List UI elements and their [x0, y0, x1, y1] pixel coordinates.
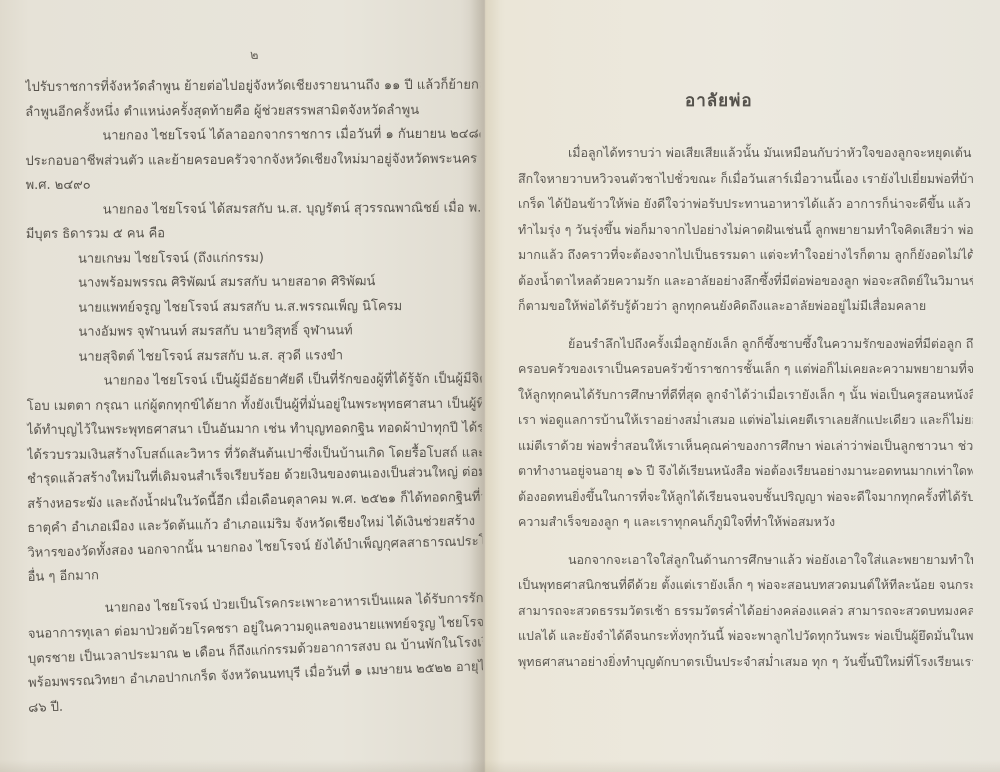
chapter-title: อาลัยพ่อ [685, 87, 753, 114]
text-line: เป็นพุทธศาสนิกชนที่ดีด้วย ตั้งแต่เรายังเ… [518, 572, 973, 598]
page-bottom-shadow [0, 760, 1000, 772]
page-number: ๒ [250, 44, 259, 65]
text-line: ประกอบอาชีพส่วนตัว และย้ายครอบครัวจากจัง… [25, 147, 480, 174]
paragraph-merit: นายกอง ไชยโรจน์ เป็นผู้มีอัธยาศัยดี เป็น… [27, 368, 483, 591]
paragraph-resignation: นายกอง ไชยโรจน์ ได้ลาออกจากราชการ เมื่อว… [25, 123, 480, 199]
text-line: ความสำเร็จของลูก ๆ และเราทุกคนก็ภูมิใจที… [518, 509, 973, 535]
text-line: พ.ศ. ๒๔๙๐ [26, 172, 481, 199]
text-line: ต้องอดทนยิ่งขึ้นในการที่จะให้ลูกได้เรียน… [518, 484, 973, 510]
child-entry: นายสุจิตต์ ไชยโรจน์ สมรสกับ น.ส. สุวดี แ… [26, 343, 481, 370]
left-page-body: ไปรับราชการที่จังหวัดลำพูน ย้ายต่อไปอยู่… [25, 74, 483, 721]
child-entry: นางอัมพร จุฬานนท์ สมรสกับ นายวิสุทธิ์ จุ… [26, 319, 481, 346]
text-line: แปลได้ และยังจำได้ดีจนกระทั่งทุกวันนี้ พ… [518, 623, 973, 649]
right-page-body: เมื่อลูกได้ทราบว่า พ่อเสียเสียแล้วนั้น ม… [518, 140, 973, 674]
text-line: ก็ตามขอให้พ่อได้รับรู้ด้วยว่า ลูกทุกคนยั… [518, 293, 973, 319]
text-line: นายกอง ไชยโรจน์ ได้สมรสกับ น.ส. บุญรัตน์… [26, 196, 481, 223]
text-line: เกร็ด ได้ป้อนข้าวให้พ่อ ยังดีใจว่าพ่อรับ… [518, 191, 973, 217]
text-line: ลำพูนอีกครั้งหนึ่ง ตำแหน่งครั้งสุดท้ายคื… [25, 98, 480, 125]
text-line: โอบ เมตตา กรุณา แก่ผู้ตกทุกข์ได้ยาก ทั้ง… [27, 392, 482, 419]
paragraph-illness-death: นายกอง ไชยโรจน์ ป่วยเป็นโรคกระเพาะอาหารเ… [28, 596, 484, 721]
text-line: ให้ลูกทุกคนได้รับการศึกษาที่ดีที่สุด ลูก… [518, 382, 973, 408]
text-line: ย้อนรำลึกไปถึงครั้งเมื่อลูกยังเล็ก ลูกก็… [518, 331, 973, 357]
text-line: แม่ตีเราด้วย พ่อพร่ำสอนให้เราเห็นคุณค่าข… [518, 433, 973, 459]
children-list: นายเกษม ไชยโรจน์ (ถึงแก่กรรม) นางพร้อมพร… [26, 245, 482, 370]
child-entry: นายเกษม ไชยโรจน์ (ถึงแก่กรรม) [26, 245, 481, 272]
text-line: ได้ทำบุญไว้ในพระพุทธศาสนา เป็นอันมาก เช่… [27, 417, 482, 444]
paragraph-career-end: ไปรับราชการที่จังหวัดลำพูน ย้ายต่อไปอยู่… [25, 74, 480, 125]
text-line: ต้องน้ำตาไหลด้วยความรัก และอาลัยอย่างลึก… [518, 268, 973, 294]
paragraph-religion: นอกจากจะเอาใจใส่ลูกในด้านการศึกษาแล้ว พ่… [518, 547, 973, 675]
text-line: สึกใจหายวาบหวิวจนตัวชาไปชั่วขณะ ก็เมื่อว… [518, 166, 973, 192]
text-line: ไปรับราชการที่จังหวัดลำพูน ย้ายต่อไปอยู่… [25, 74, 480, 101]
paragraph-childhood: ย้อนรำลึกไปถึงครั้งเมื่อลูกยังเล็ก ลูกก็… [518, 331, 973, 535]
paragraph-grief: เมื่อลูกได้ทราบว่า พ่อเสียเสียแล้วนั้น ม… [518, 140, 973, 319]
text-line: มีบุตร ธิดารวม ๕ คน คือ [26, 221, 481, 248]
text-line: ทำไมรุ่ง ๆ วันรุ่งขึ้น พ่อก็มาจากไปอย่าง… [518, 217, 973, 243]
left-page: ๒ ไปรับราชการที่จังหวัดลำพูน ย้ายต่อไปอย… [0, 0, 485, 772]
text-line: นายกอง ไชยโรจน์ เป็นผู้มีอัธยาศัยดี เป็น… [27, 368, 482, 395]
paragraph-marriage: นายกอง ไชยโรจน์ ได้สมรสกับ น.ส. บุญรัตน์… [26, 196, 481, 247]
text-line: นายกอง ไชยโรจน์ ได้ลาออกจากราชการ เมื่อว… [25, 123, 480, 150]
text-line: ครอบครัวของเราเป็นครอบครัวข้าราชการชั้นเ… [518, 356, 973, 382]
text-line: ตาทำงานอยู่จนอายุ ๑๖ ปี จึงได้เรียนหนังส… [518, 458, 973, 484]
book-spread: ๒ ไปรับราชการที่จังหวัดลำพูน ย้ายต่อไปอย… [0, 0, 1000, 772]
text-line: มากแล้ว ถึงคราวที่จะต้องจากไปเป็นธรรมดา … [518, 242, 973, 268]
text-line: สามารถจะสวดธรรมวัตรเช้า ธรรมวัตรค่ำได้อย… [518, 598, 973, 624]
child-entry: นายแพทย์จรูญ ไชยโรจน์ สมรสกับ น.ส.พรรณเพ… [26, 294, 481, 321]
text-line: เมื่อลูกได้ทราบว่า พ่อเสียเสียแล้วนั้น ม… [518, 140, 973, 166]
text-line: นอกจากจะเอาใจใส่ลูกในด้านการศึกษาแล้ว พ่… [518, 547, 973, 573]
text-line: เรา พ่อดูแลการบ้านให้เราอย่างสม่ำเสมอ แต… [518, 407, 973, 433]
text-line: พุทธศาสนาอย่างยิ่งทำบุญตักบาตรเป็นประจำส… [518, 649, 973, 675]
child-entry: นางพร้อมพรรณ ศิริพัฒน์ สมรสกับ นายสอาด ศ… [26, 270, 481, 297]
